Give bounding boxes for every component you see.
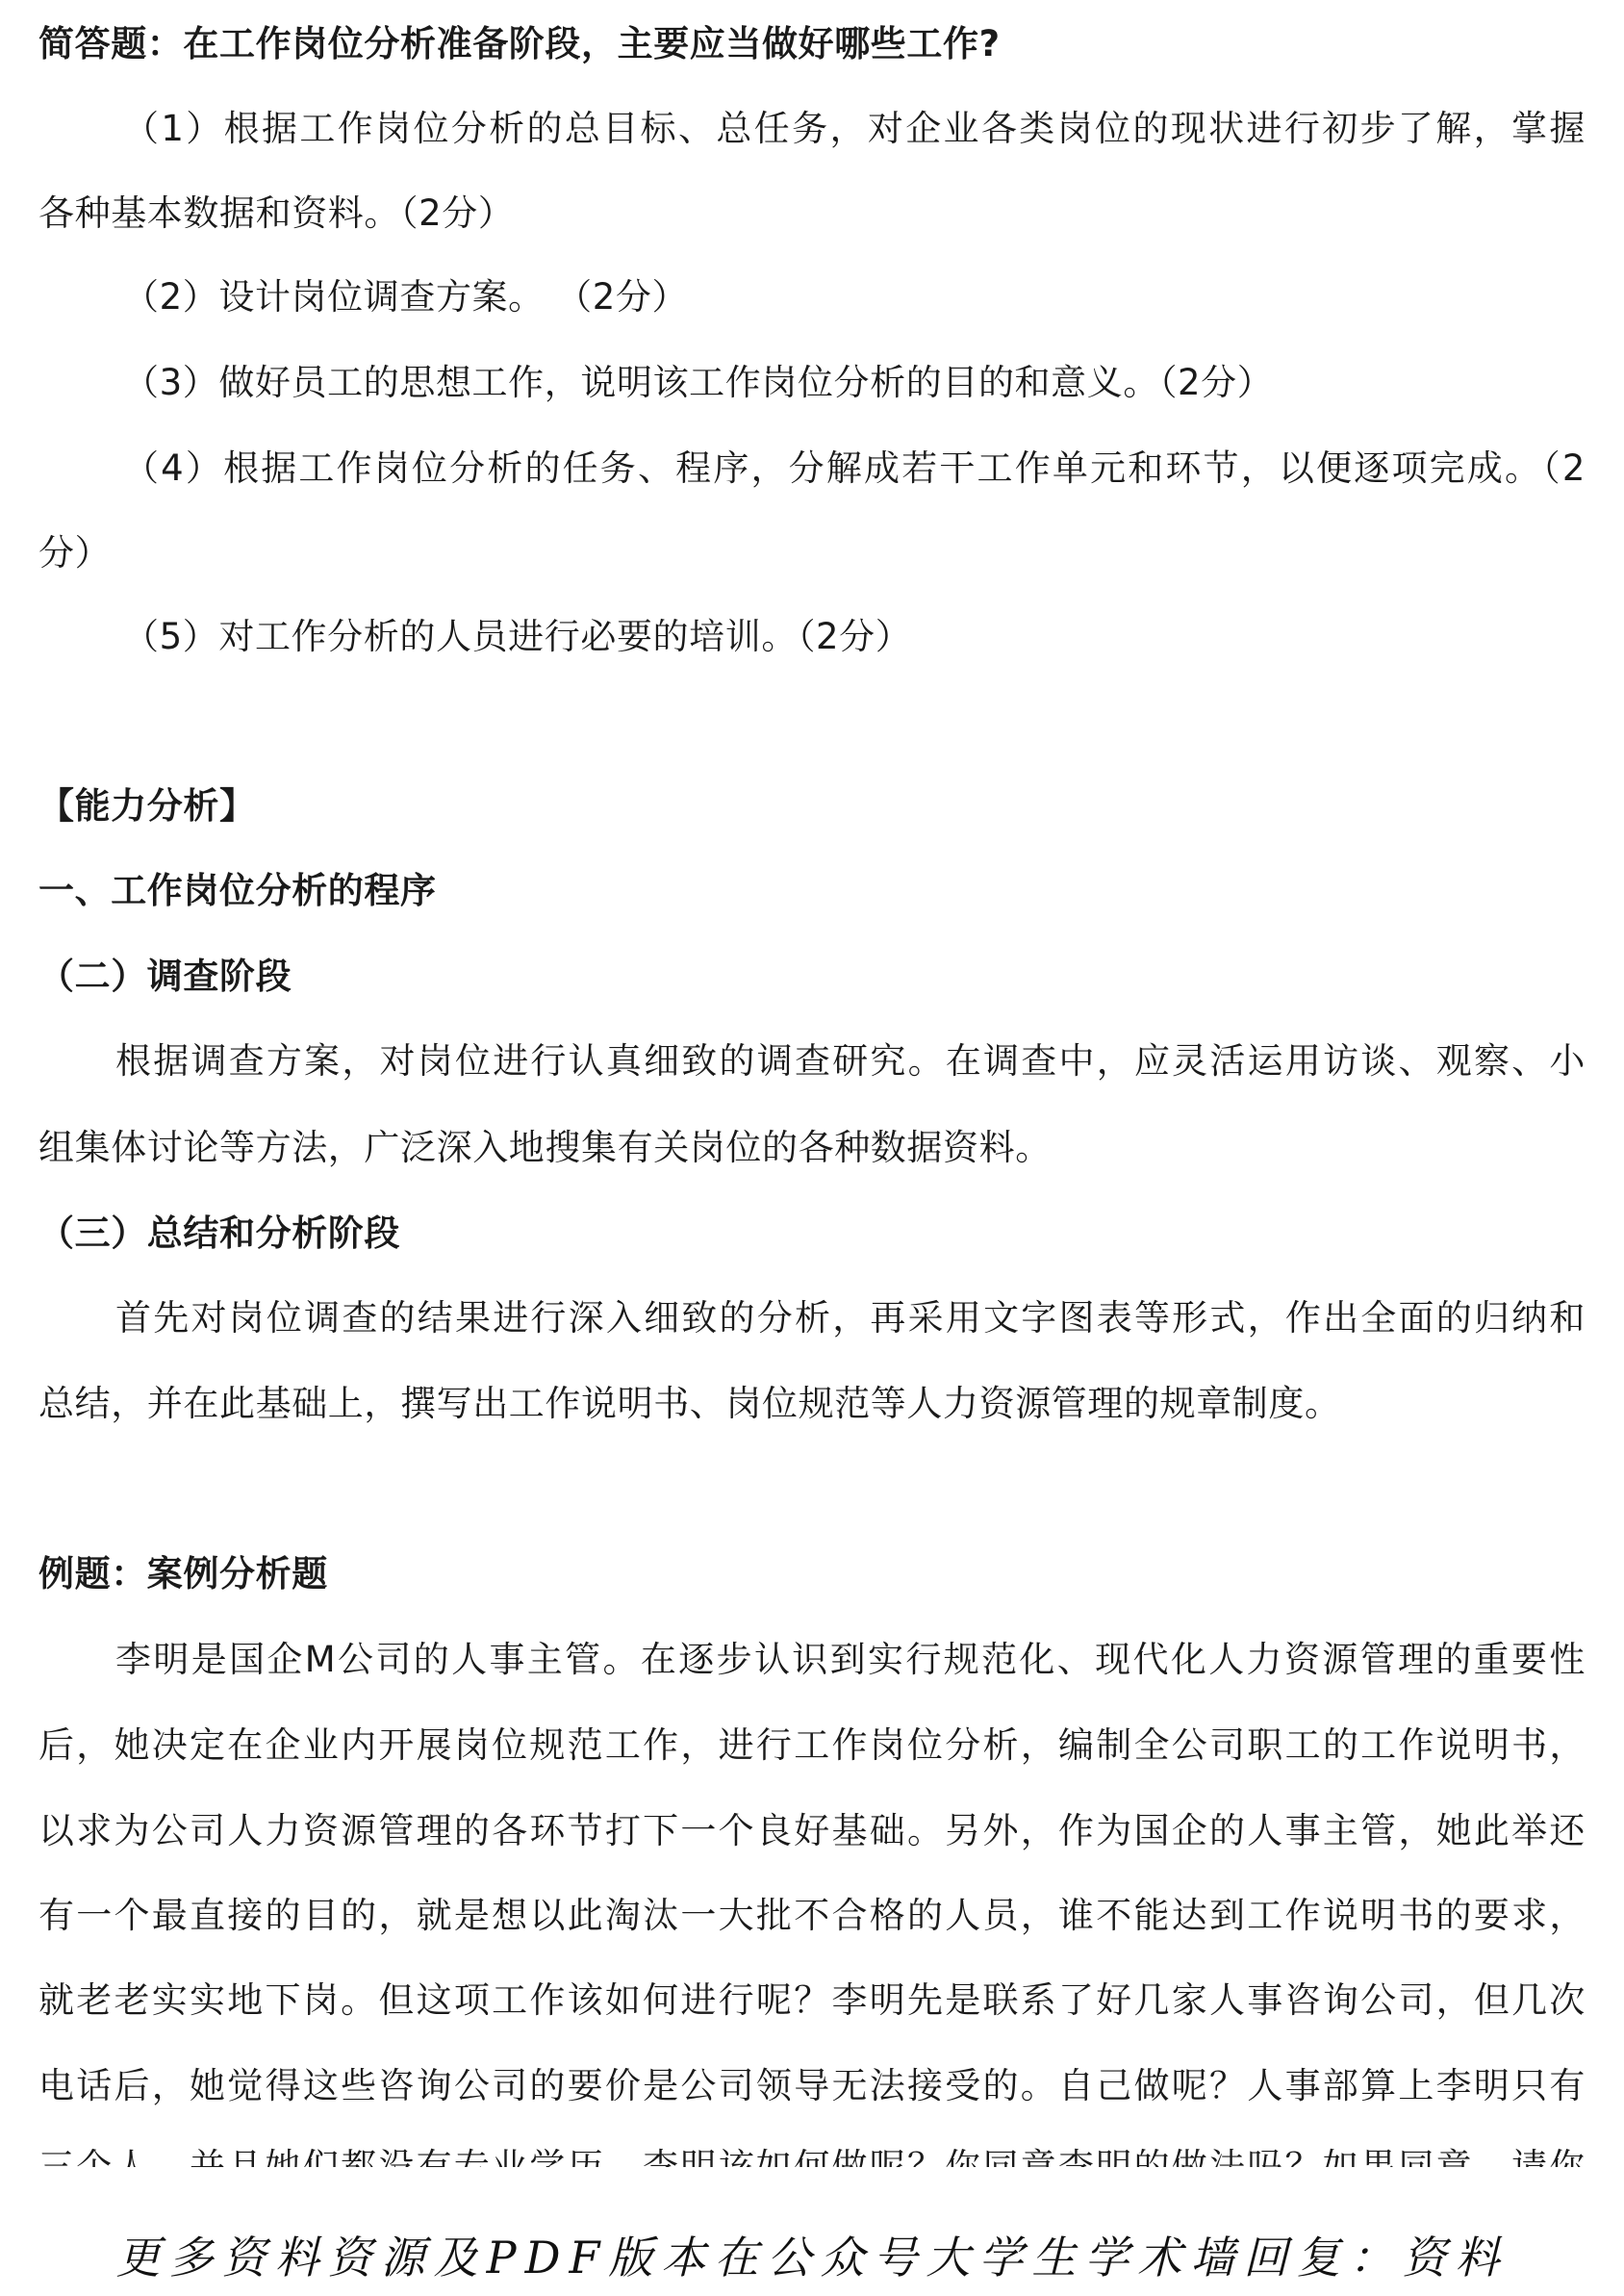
summary-paragraph-line-2: 总结，并在此基础上，撰写出工作说明书、岗位规范等人力资源管理的规章制度。	[38, 1379, 1586, 1429]
example-line-7-clipped: 三个人，并且她们都没有专业学历。李明该如何做呢？你同意李明的做法吗？如果同意，请…	[38, 2142, 1586, 2167]
survey-paragraph-line-2: 组集体讨论等方法，广泛深入地搜集有关岗位的各种数据资料。	[38, 1123, 1586, 1173]
answer-item-1-line-2: 各种基本数据和资料。（2分）	[38, 189, 1586, 239]
footer-notice: 更多资料资源及PDF版本在公众号大学生学术墙回复：资料	[0, 2231, 1624, 2284]
survey-paragraph-line-1: 根据调查方案，对岗位进行认真细致的调查研究。在调查中，应灵活运用访谈、观察、小	[115, 1036, 1586, 1086]
section-title: 一、工作岗位分析的程序	[38, 866, 1586, 916]
example-line-5: 就老老实实地下岗。但这项工作该如何进行呢？李明先是联系了好几家人事咨询公司，但几…	[38, 1976, 1586, 2026]
answer-item-2: （2）设计岗位调查方案。 （2分）	[123, 272, 1586, 322]
example-line-6: 电话后，她觉得这些咨询公司的要价是公司领导无法接受的。自己做呢？人事部算上李明只…	[38, 2061, 1586, 2111]
answer-item-5: （5）对工作分析的人员进行必要的培训。（2分）	[123, 612, 1586, 662]
example-line-1: 李明是国企M公司的人事主管。在逐步认识到实行规范化、现代化人力资源管理的重要性	[115, 1635, 1586, 1685]
answer-item-4-line-1: （4）根据工作岗位分析的任务、程序，分解成若干工作单元和环节，以便逐项完成。（2	[123, 444, 1586, 494]
example-line-4: 有一个最直接的目的，就是想以此淘汰一大批不合格的人员，谁不能达到工作说明书的要求…	[38, 1891, 1586, 1941]
example-title: 例题：案例分析题	[38, 1549, 1586, 1599]
subsection-title-summary: （三）总结和分析阶段	[38, 1209, 1586, 1259]
ability-heading: 【能力分析】	[38, 781, 1586, 831]
example-line-3: 以求为公司人力资源管理的各环节打下一个良好基础。另外，作为国企的人事主管，她此举…	[38, 1806, 1586, 1856]
answer-item-3: （3）做好员工的思想工作，说明该工作岗位分析的目的和意义。（2分）	[123, 358, 1586, 408]
summary-paragraph-line-1: 首先对岗位调查的结果进行深入细致的分析，再采用文字图表等形式，作出全面的归纳和	[115, 1293, 1586, 1343]
document-page: 简答题：在工作岗位分析准备阶段，主要应当做好哪些工作? （1）根据工作岗位分析的…	[0, 0, 1624, 2296]
example-line-2: 后，她决定在企业内开展岗位规范工作，进行工作岗位分析，编制全公司职工的工作说明书…	[38, 1721, 1586, 1771]
subsection-title-survey: （二）调查阶段	[38, 952, 1586, 1002]
answer-item-1-line-1: （1）根据工作岗位分析的总目标、总任务，对企业各类岗位的现状进行初步了解，掌握	[123, 104, 1586, 154]
question-title: 简答题：在工作岗位分析准备阶段，主要应当做好哪些工作?	[38, 19, 1586, 69]
answer-item-4-line-2: 分）	[38, 528, 1586, 578]
